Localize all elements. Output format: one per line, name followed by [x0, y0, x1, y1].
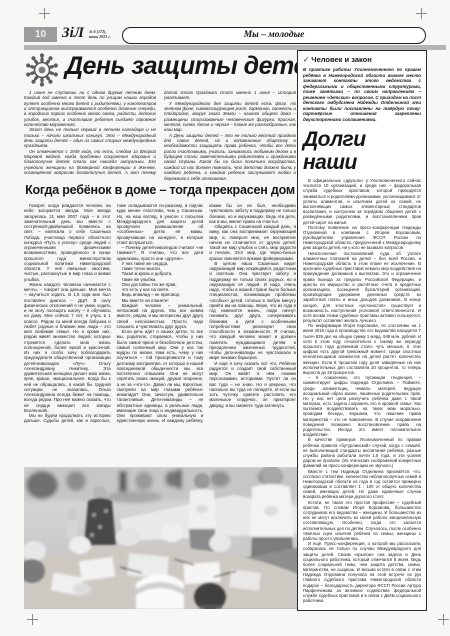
lead-article-headline: День защиты детей: [65, 52, 297, 80]
law-article-body: В официальных «друзьях» у Уполномоченног…: [303, 178, 421, 603]
family-article-headline: Когда ребёнок в доме – тогда прекрасен д…: [24, 183, 296, 198]
law-article-lede: В практике работы Уполномоченного по пра…: [303, 67, 421, 122]
sun-children-icon: [21, 49, 63, 91]
law-article-headline: Долги наши: [303, 128, 421, 174]
issue-date: июнь 2021 г.: [89, 35, 111, 40]
crop-mark-top-right: [416, 8, 427, 19]
page-number: 10: [24, 27, 57, 42]
law-rubric-label: Человек и закон: [311, 55, 371, 64]
law-rubric: ✓Человек и закон: [303, 55, 421, 64]
lead-article-intro: 1 июня не спутаешь ни с одним другим лет…: [24, 90, 296, 183]
law-column: ✓Человек и закон В практике работы Уполн…: [297, 50, 427, 611]
newspaper-logo: ЗіЛ: [62, 25, 84, 42]
newspaper-page: { "palette":{"paper":"#f7f7f5","ink":"#1…: [0, 0, 450, 636]
children-event-photo: [24, 467, 300, 609]
section-banner: Мы – молодые: [122, 27, 426, 44]
crop-mark-top-left: [39, 8, 50, 19]
header-divider-bar: [24, 45, 446, 50]
crop-mark-bottom-right: [438, 614, 449, 625]
family-article-body: Говорят, когда рождается человек, на неб…: [24, 203, 296, 464]
check-icon: ✓: [303, 55, 309, 64]
issue-info: № 6 (172), июнь 2021 г.: [89, 30, 111, 39]
crop-mark-bottom-left: [27, 614, 38, 625]
